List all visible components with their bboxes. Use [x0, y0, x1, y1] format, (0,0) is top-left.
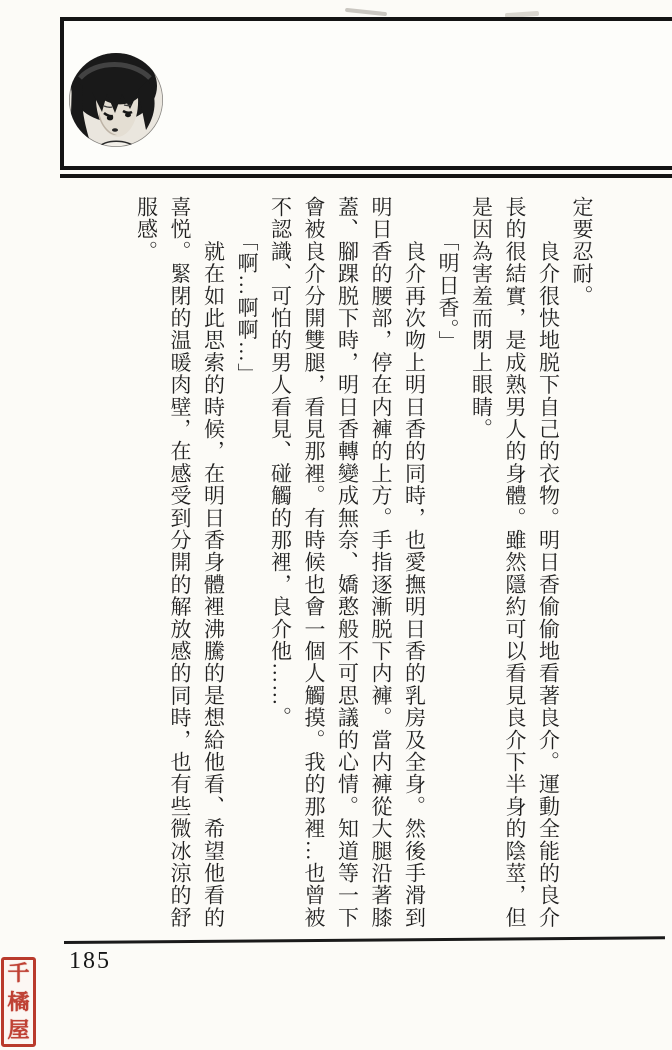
- text-column-12: 就在如此思索的時候，在明日香身體裡沸騰的是想給他看、希望他看的: [201, 196, 226, 944]
- text-column-11: 「啊…啊啊…」: [234, 196, 259, 944]
- header-underline: [60, 174, 672, 178]
- text-column-2: 良介很快地脱下自己的衣物。明日香偷偷地看著良介。運動全能的良介: [536, 196, 561, 944]
- text-column-8: 蓋、腳踝脱下時，明日香轉變成無奈、嬌憨般不可思議的心情。知道等一下: [335, 196, 360, 944]
- text-column-10: 不認識、可怕的男人看見、碰觸的那裡，良介他……。: [268, 196, 293, 944]
- text-column-7: 明日香的腰部，停在内褲的上方。手指逐漸脱下内褲。當内褲從大腿沿著膝: [368, 196, 393, 944]
- text-column-3: 長的很結實，是成熟男人的身體。雖然隱約可以看見良介下半身的陰莖，但: [502, 196, 527, 944]
- seal-char-1: 千: [7, 963, 29, 984]
- page: { "page": { "background_color": "#fcfbf7…: [0, 0, 672, 1050]
- text-column-4: 是因為害羞而閉上眼睛。: [469, 196, 494, 944]
- header-banner: [60, 17, 672, 170]
- seal-char-2: 橘: [7, 992, 29, 1013]
- seal-char-3: 屋: [7, 1020, 29, 1041]
- text-column-9: 會被良介分開雙腿，看見那裡。有時候也會一個人觸摸。我的那裡…也曾被: [301, 196, 326, 944]
- scan-artifact: [345, 8, 387, 16]
- publisher-seal: 千 橘 屋: [1, 957, 36, 1047]
- portrait-girl-image: [68, 52, 164, 148]
- text-column-1: 定要忍耐。: [569, 196, 594, 944]
- text-block: 定要忍耐。 良介很快地脱下自己的衣物。明日香偷偷地看著良介。運動全能的良介 長的…: [134, 196, 595, 944]
- text-column-14: 服感。: [134, 196, 159, 944]
- text-column-6: 良介再次吻上明日香的同時，也愛撫明日香的乳房及全身。然後手滑到: [402, 196, 427, 944]
- page-number: 185: [69, 948, 111, 975]
- text-column-5: 「明日香。」: [435, 196, 460, 944]
- text-column-13: 喜悦。緊閉的温暖肉壁，在感受到分開的解放感的同時，也有些微冰涼的舒: [167, 196, 192, 944]
